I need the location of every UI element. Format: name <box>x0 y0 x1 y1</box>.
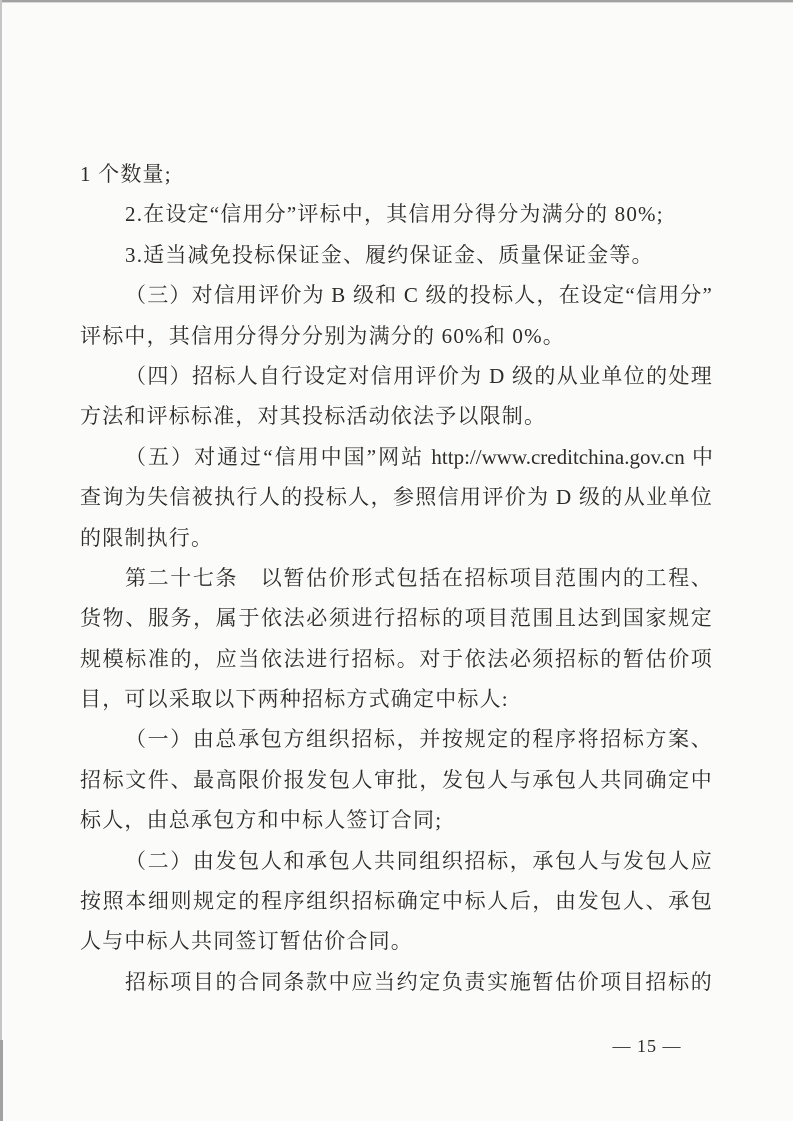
text-line: 2.在设定“信用分”评标中，其信用分得分为满分的 80%; <box>80 194 713 234</box>
text-line: （五）对通过“信用中国”网站 http://www.creditchina.go… <box>80 437 713 477</box>
text-line: 按照本细则规定的程序组织招标确定中标人后，由发包人、承包 <box>80 881 713 921</box>
text-line: 招标项目的合同条款中应当约定负责实施暂估价项目招标的 <box>80 962 713 1002</box>
text-line: 3.适当减免投标保证金、履约保证金、质量保证金等。 <box>80 235 713 275</box>
text-block: 1 个数量;2.在设定“信用分”评标中，其信用分得分为满分的 80%;3.适当减… <box>80 154 713 1002</box>
text-line: 的限制执行。 <box>80 518 713 558</box>
text-line: 查询为失信被执行人的投标人，参照信用评价为 D 级的从业单位 <box>80 477 713 517</box>
text-line: 目，可以采取以下两种招标方式确定中标人: <box>80 679 713 719</box>
text-line: （四）招标人自行设定对信用评价为 D 级的从业单位的处理 <box>80 356 713 396</box>
text-line: 方法和评标标准，对其投标活动依法予以限制。 <box>80 396 713 436</box>
text-line: 货物、服务，属于依法必须进行招标的项目范围且达到国家规定 <box>80 598 713 638</box>
text-line: （一）由总承包方组织招标，并按规定的程序将招标方案、 <box>80 719 713 759</box>
text-line: 人与中标人共同签订暂估价合同。 <box>80 921 713 961</box>
text-line: 招标文件、最高限价报发包人审批，发包人与承包人共同确定中 <box>80 760 713 800</box>
document-page: 1 个数量;2.在设定“信用分”评标中，其信用分得分为满分的 80%;3.适当减… <box>0 0 793 1121</box>
scan-edge-left <box>0 0 2 1121</box>
text-line: 标人，由总承包方和中标人签订合同; <box>80 800 713 840</box>
text-line: 规模标准的，应当依法进行招标。对于依法必须招标的暂估价项 <box>80 639 713 679</box>
text-line: 第二十七条 以暂估价形式包括在招标项目范围内的工程、 <box>80 558 713 598</box>
scan-edge-left-bottom <box>0 1040 3 1121</box>
text-line: 1 个数量; <box>80 154 713 194</box>
scan-edge-top <box>0 0 793 3</box>
page-number: — 15 — <box>597 1034 697 1058</box>
text-line: （二）由发包人和承包人共同组织招标，承包人与发包人应 <box>80 841 713 881</box>
text-line: 评标中，其信用分得分分别为满分的 60%和 0%。 <box>80 316 713 356</box>
text-line: （三）对信用评价为 B 级和 C 级的投标人，在设定“信用分” <box>80 275 713 315</box>
